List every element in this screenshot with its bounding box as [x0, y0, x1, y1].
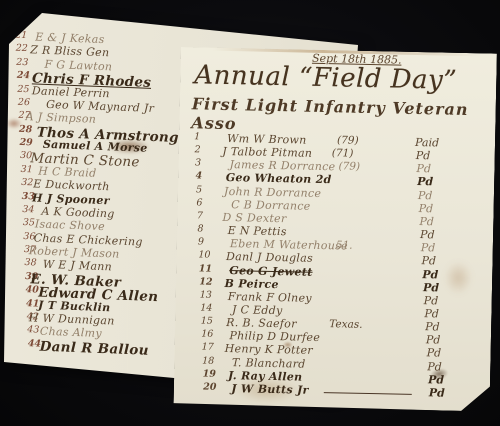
row-number: 33 [22, 190, 36, 201]
row-number: 41 [26, 298, 40, 309]
row-note: Texas. [329, 318, 363, 331]
signature-name: Samuel A Morse [43, 138, 148, 155]
row-number: 6 [196, 197, 202, 208]
payment-status: Pd [424, 307, 439, 320]
signature-name: Chas E Chickering [33, 231, 143, 248]
signature-name: J. Ray Allen [228, 369, 303, 384]
payment-status: Pd [419, 202, 434, 215]
row-number: 38 [24, 257, 37, 268]
row-number: 43 [27, 324, 40, 335]
row-number: 24 [17, 70, 31, 81]
row-number: 26 [18, 97, 31, 108]
right-document-page: Sept 18th 1885. Annual “Field Day” First… [174, 47, 497, 412]
payment-status: Pd [428, 373, 444, 386]
row-number: 29 [19, 137, 33, 148]
row-number: 32 [21, 177, 34, 188]
signature-name: J C Eddy [232, 303, 283, 317]
signature-name: Geo W Maynard Jr [46, 98, 155, 115]
row-number: 20 [203, 381, 216, 392]
payment-status: Pd [426, 333, 441, 346]
signature-name: Chris F Rhodes [32, 70, 152, 91]
signature-name: J T Bucklin [38, 298, 111, 314]
signature-name: Isaac Shove [35, 218, 105, 234]
signature-name: E N Pettis [228, 224, 287, 238]
row-number: 4 [195, 171, 202, 182]
row-number: 14 [200, 302, 212, 313]
photograph-background: 21E & J Kekas22Z R Bliss Gen23F G Lawton… [0, 0, 500, 426]
row-number: 34 [22, 204, 35, 215]
row-number: 16 [201, 329, 213, 340]
row-number: 30 [20, 150, 33, 161]
row-number: 40 [25, 284, 39, 295]
signature-name: A K Gooding [41, 205, 115, 221]
signature-name: A J Simpson [25, 110, 96, 126]
row-number: 42 [26, 311, 39, 322]
flourish-line [324, 392, 412, 395]
payment-status: Pd [429, 386, 445, 399]
signature-name: F G Lawton [44, 58, 112, 74]
payment-status: Pd [416, 149, 431, 162]
signature-name: Z R Bliss Gen [30, 44, 110, 60]
ink-stain [108, 139, 150, 154]
row-number: 23 [16, 56, 29, 67]
row-number: 11 [199, 263, 212, 274]
right-page-signature-list: 1Wm W Brown(79)Paid2J Talbot Pitman(71)P… [174, 47, 497, 412]
signature-name: R. B. Saefor [226, 316, 297, 330]
payment-status: Paid [415, 136, 439, 150]
payment-status: Pd [420, 228, 435, 241]
row-number: 18 [202, 355, 214, 366]
row-number: 28 [19, 123, 33, 134]
row-number: 10 [198, 250, 210, 261]
signature-name: E Duckworth [33, 178, 110, 194]
signature-name: Thos A Armstrong [36, 124, 179, 145]
signature-name: Robert J Mason [28, 244, 119, 260]
row-number: 13 [200, 289, 212, 300]
row-number: 12 [199, 276, 212, 287]
payment-status: Pd [417, 175, 433, 188]
payment-status: Pd [421, 241, 436, 254]
signature-name: Martin C Stone [30, 151, 140, 171]
ink-stain [6, 118, 22, 129]
payment-status: Pd [427, 347, 442, 360]
row-number: 7 [197, 210, 203, 221]
payment-status: Pd [423, 281, 439, 294]
signature-name: Danl R Ballou [39, 338, 149, 358]
signature-name: H W Dunnigan [29, 311, 115, 327]
payment-status: Pd [425, 320, 440, 333]
row-number: 22 [15, 43, 28, 54]
payment-status: Pd [424, 294, 439, 307]
signature-name: J W Butts Jr [231, 382, 309, 397]
row-number: 27 [18, 110, 31, 121]
row-number: 5 [196, 184, 202, 195]
row-number: 21 [15, 30, 28, 41]
signature-name: H J Spooner [32, 191, 110, 207]
payment-status: Pd [419, 215, 434, 228]
signature-name: H C Braid [38, 164, 97, 179]
row-number: 17 [202, 342, 214, 353]
row-number: 44 [28, 338, 42, 349]
payment-status: Pd [418, 189, 433, 202]
row-number: 37 [24, 244, 37, 255]
signature-name: Edward C Allen [38, 285, 159, 306]
signature-name: D S Dexter [222, 211, 286, 225]
row-number: 39 [25, 271, 39, 282]
signature-name: W E J Mann [43, 258, 113, 274]
row-number: 15 [201, 316, 213, 327]
row-number: 36 [23, 231, 36, 242]
row-note: (71) [332, 147, 354, 159]
payment-status: Pd [422, 268, 438, 281]
row-number: 31 [20, 164, 33, 175]
row-number: 3 [195, 158, 201, 169]
row-number: 19 [203, 368, 216, 379]
row-note: 51. [336, 239, 353, 251]
row-number: 2 [194, 144, 200, 155]
row-number: 8 [197, 223, 203, 234]
signature-name: T. Blanchard [232, 356, 306, 371]
row-note: (79) [338, 161, 360, 173]
signature-name: Daniel Perrin [32, 84, 110, 100]
signature-name: E. W. Baker [30, 271, 121, 290]
signature-name: E & J Kekas [35, 30, 105, 46]
signature-name: Chas Almy [40, 325, 102, 340]
payment-status: Pd [416, 162, 431, 175]
row-number: 9 [198, 237, 204, 248]
row-note: (79) [337, 134, 359, 146]
row-number: 35 [23, 217, 36, 228]
row-number: 1 [194, 131, 200, 142]
payment-status: Pd [427, 360, 442, 373]
signature-name: B Peirce [224, 277, 278, 291]
payment-status: Pd [421, 254, 436, 267]
row-number: 25 [17, 83, 30, 94]
